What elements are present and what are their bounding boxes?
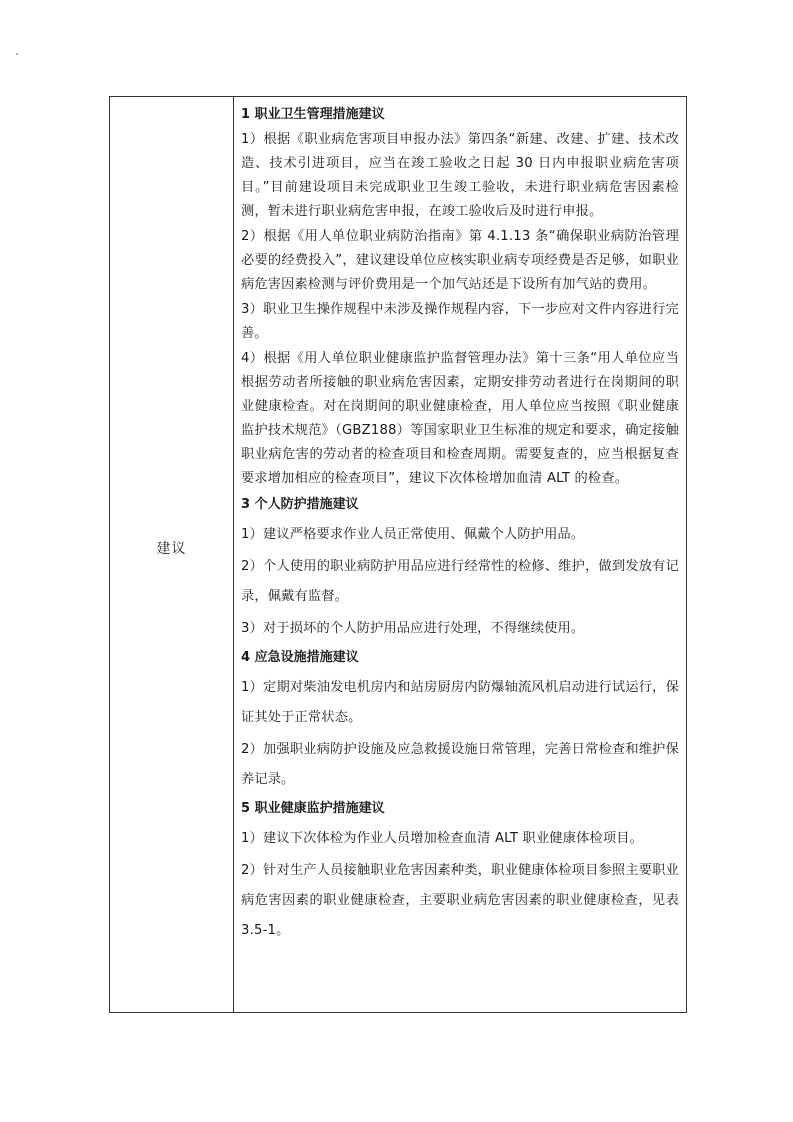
section-heading: 5 职业健康监护措施建议 [241, 798, 679, 820]
section-item: 3）职业卫生操作规程中未涉及操作规程内容，下一步应对文件内容进行完善。 [241, 298, 679, 346]
section-item: 2）根据《用人单位职业病防治指南》第 4.1.13 条“确保职业病防治管理必要的… [241, 225, 679, 297]
section-item: 1）建议严格要求作业人员正常使用、佩戴个人防护用品。 [241, 520, 679, 550]
section-heading: 3 个人防护措施建议 [241, 494, 679, 516]
section-item: 1）根据《职业病危害项目申报办法》第四条“新建、改建、扩建、技术改造、技术引进项… [241, 128, 679, 224]
section-item: 1）定期对柴油发电机房内和站房厨房内防爆轴流风机启动进行试运行，保证其处于正常状… [241, 673, 679, 733]
row-label: 建议 [157, 538, 187, 558]
section-item: 3）对于损坏的个人防护用品应进行处理，不得继续使用。 [241, 614, 679, 644]
section-heading: 1 职业卫生管理措施建议 [241, 104, 679, 126]
section-item: 2）加强职业病防护设施及应急救援设施日常管理，完善日常检查和维护保养记录。 [241, 735, 679, 795]
section-item: 4）根据《用人单位职业健康监护监督管理办法》第十三条“用人单位应当根据劳动者所接… [241, 347, 679, 491]
section-item: 2）个人使用的职业病防护用品应进行经常性的检修、维护，做到发放有记录，佩戴有监督… [241, 552, 679, 612]
section-heading: 4 应急设施措施建议 [241, 647, 679, 669]
scan-speck [16, 53, 18, 55]
section-item: 1）建议下次体检为作业人员增加检查血清 ALT 职业健康体检项目。 [241, 824, 679, 854]
content-cell: 1 职业卫生管理措施建议 1）根据《职业病危害项目申报办法》第四条“新建、改建、… [234, 97, 686, 1012]
section-item: 2）针对生产人员接触职业危害因素种类，职业健康体检项目参照主要职业病危害因素的职… [241, 856, 679, 946]
label-cell: 建议 [110, 97, 234, 1012]
recommendation-table: 建议 1 职业卫生管理措施建议 1）根据《职业病危害项目申报办法》第四条“新建、… [109, 96, 687, 1013]
